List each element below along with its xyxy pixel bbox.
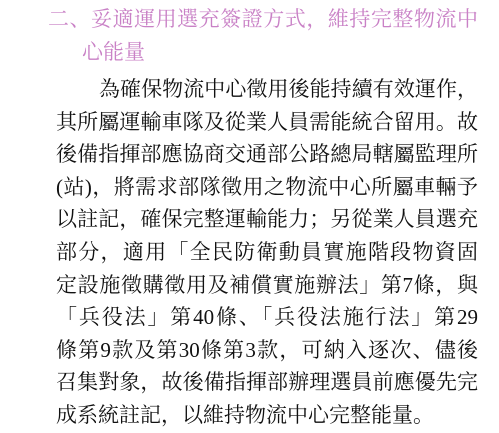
- document-page: 二、妥適運用選充簽證方式，維持完整物流中 心能量 為確保物流中心徵用後能持續有效…: [0, 0, 499, 433]
- body-line: 部分，適用「全民防衛動員實施階段物資固: [56, 236, 478, 269]
- section-heading-line-1: 二、妥適運用選充簽證方式，維持完整物流中: [48, 3, 478, 36]
- body-line: (站)，將需求部隊徵用之物流中心所屬車輛予: [56, 171, 478, 204]
- body-line: 條第9款及第30條第3款，可納入逐次、儘後: [56, 334, 478, 367]
- body-line: 後備指揮部應協商交通部公路總局轄屬監理所: [56, 138, 478, 171]
- body-line: 為確保物流中心徵用後能持續有效運作，: [56, 73, 478, 106]
- section-heading: 二、妥適運用選充簽證方式，維持完整物流中 心能量: [0, 0, 499, 69]
- body-line: 召集對象，故後備指揮部辦理選員前應優先完: [56, 366, 478, 399]
- body-line: 「兵役法」第40條、「兵役法施行法」第29: [56, 301, 478, 334]
- body-line: 定設施徵購徵用及補償實施辦法」第7條，與: [56, 269, 478, 302]
- body-line: 成系統註記，以維持物流中心完整能量。: [56, 399, 478, 432]
- section-heading-line-2: 心能量: [82, 36, 499, 69]
- body-line: 其所屬運輸車隊及從業人員需能統合留用。故: [56, 106, 478, 139]
- body-line: 以註記，確保完整運輸能力；另從業人員選充: [56, 203, 478, 236]
- body-paragraph: 為確保物流中心徵用後能持續有效運作， 其所屬運輸車隊及從業人員需能統合留用。故 …: [0, 73, 499, 432]
